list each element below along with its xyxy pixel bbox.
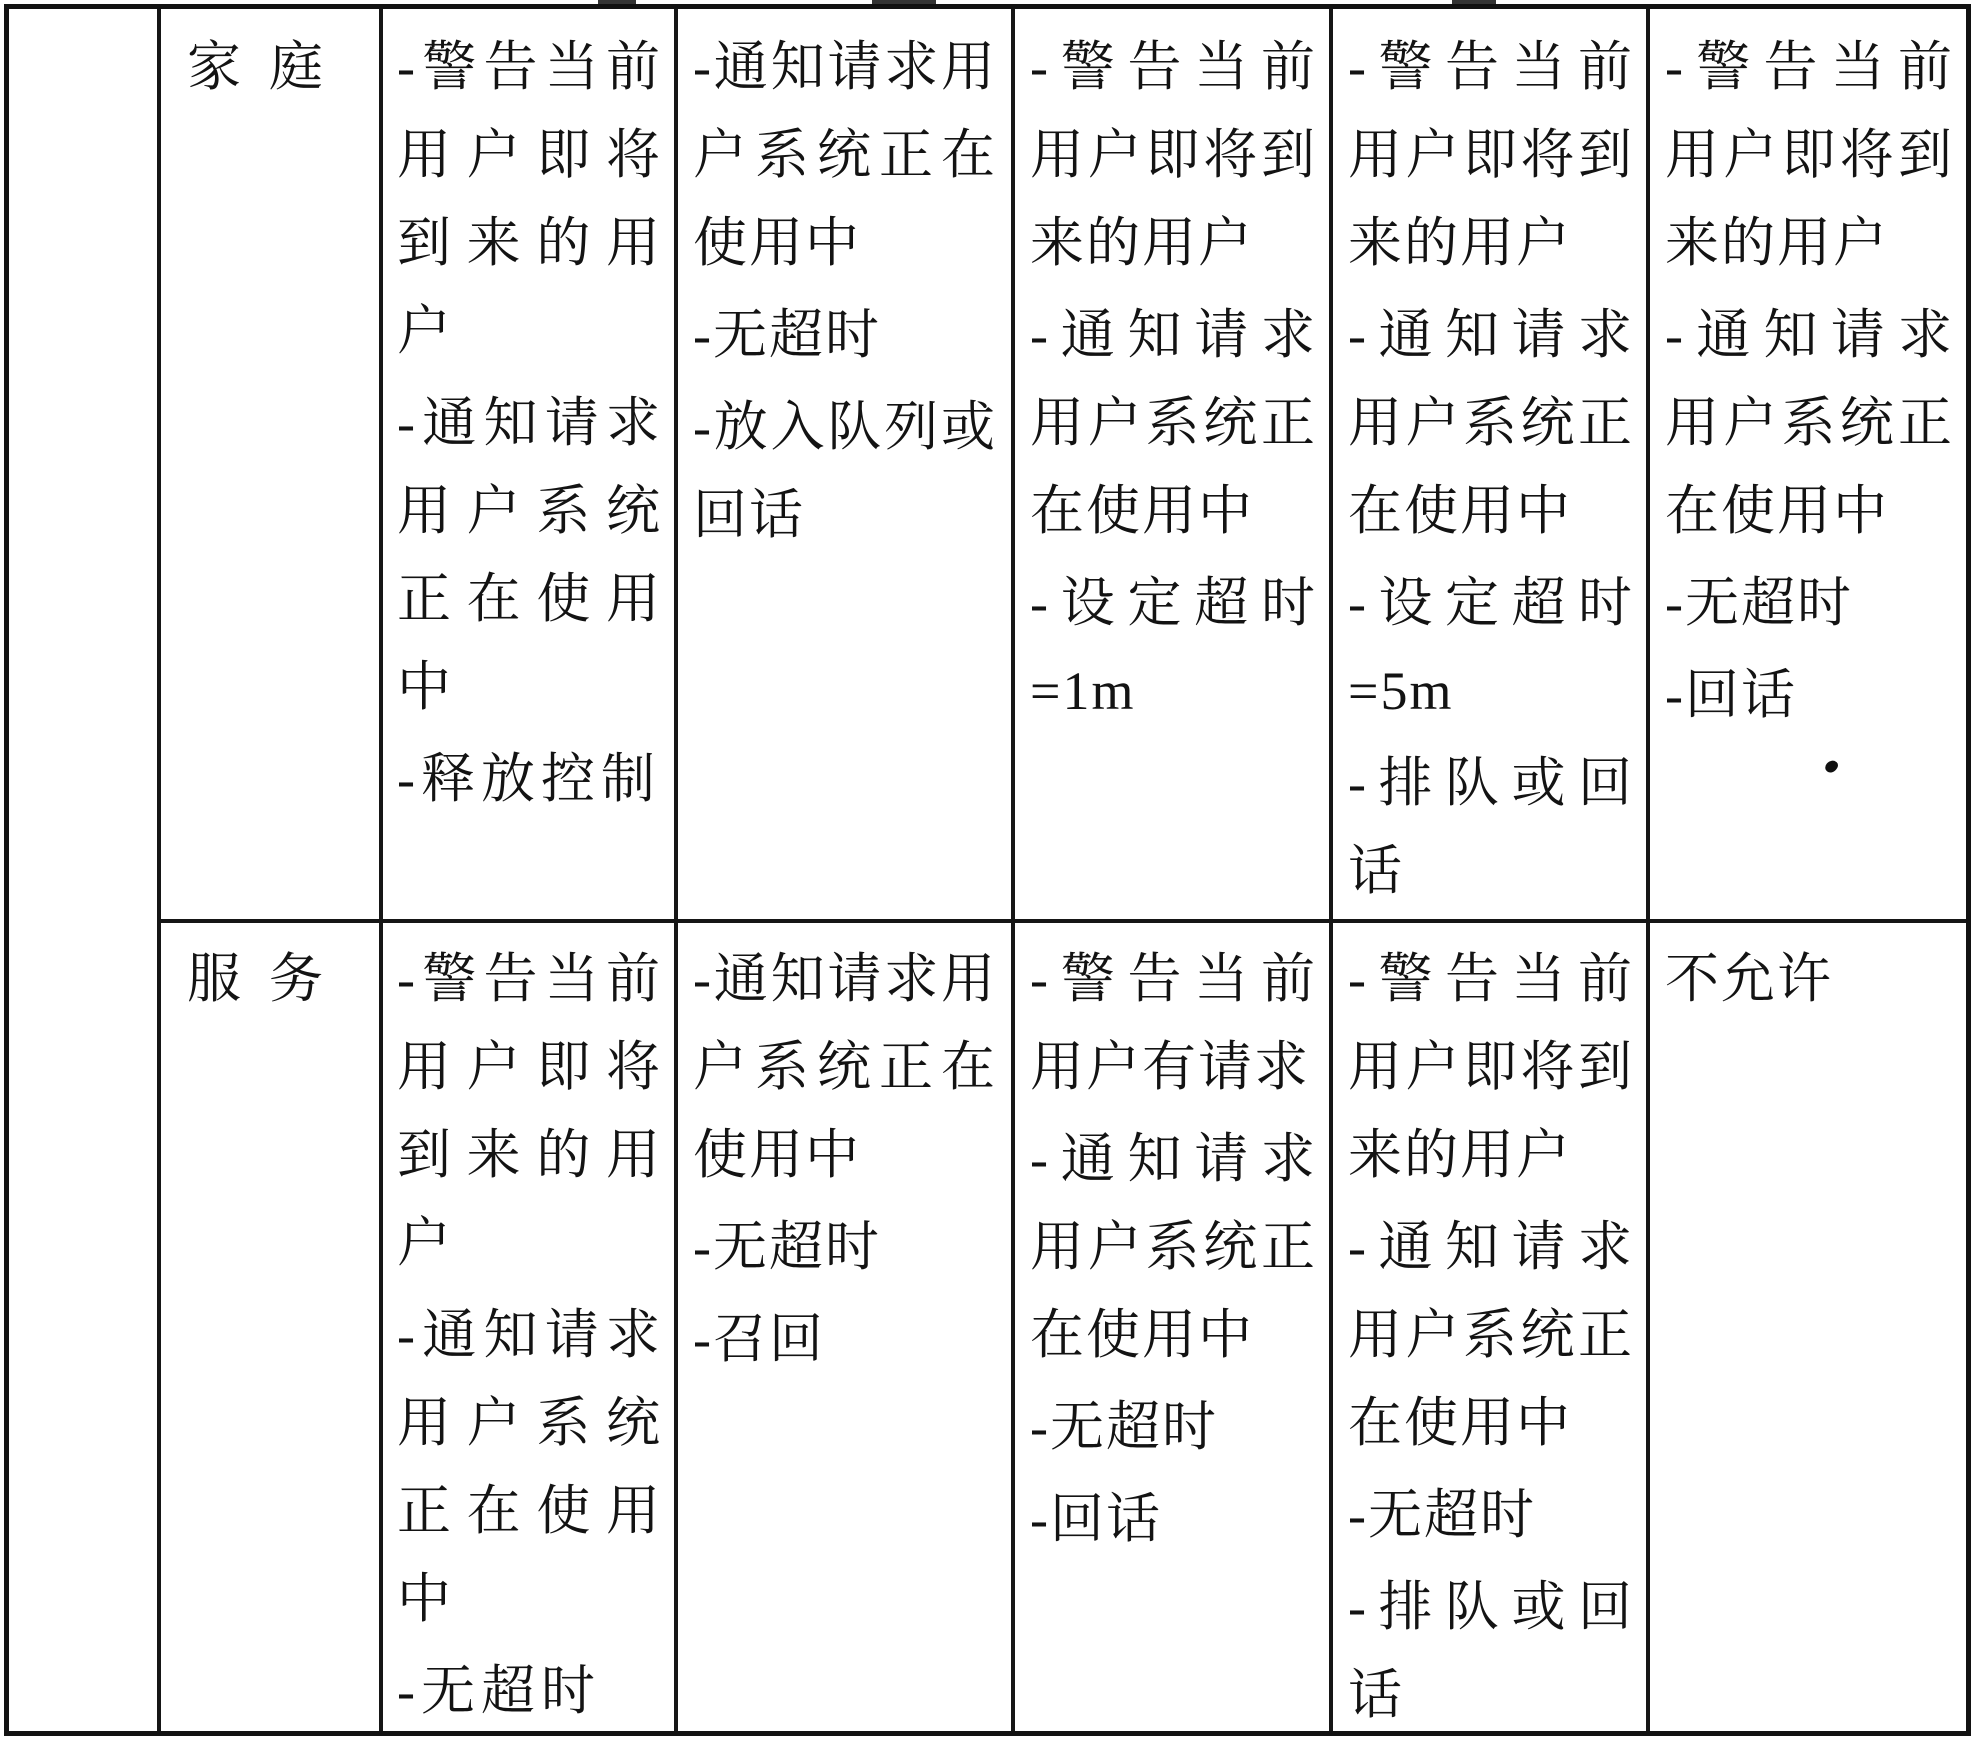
bullet-item: -回话: [1030, 1475, 1317, 1563]
bullet-item: -设定超时=5m: [1348, 559, 1634, 735]
table-cell-home-col3: -警告当前用户即将到来的用户-通知请求用户系统正在使用中-设定超时=1m: [1011, 9, 1329, 919]
bullet-item: -警告当前用户有请求: [1030, 935, 1317, 1111]
bullet-item: -通知请求用户系统正在使用中: [1348, 291, 1634, 555]
table-cell-service-col4: -警告当前用户即将到来的用户-通知请求用户系统正在使用中-无超时-排队或回话: [1329, 919, 1646, 1731]
scan-smudge-artifact: [598, 0, 636, 7]
bullet-item: -排队或回话: [1348, 1563, 1634, 1731]
bullet-item: -通知请求用户系统正在使用中: [397, 1291, 666, 1643]
bullet-item: -警告当前用户即将到来的用户: [1348, 935, 1634, 1199]
row-label-text: 服务: [187, 935, 373, 1023]
bullet-item: -回话: [1665, 651, 1954, 739]
bullet-item: -无超时: [693, 291, 997, 379]
bullet-item: -警告当前用户即将到来的用户: [1348, 23, 1634, 287]
bullet-item: -通知请求用户系统正在使用中: [1348, 1203, 1634, 1467]
bullet-item: -无超时: [1348, 1471, 1634, 1559]
table-cell-home-col5: -警告当前用户即将到来的用户-通知请求用户系统正在使用中-无超时-回话: [1646, 9, 1966, 919]
row-label-service: 服务: [157, 919, 379, 1731]
bullet-item: -警告当前用户即将到来的用户: [397, 935, 666, 1287]
bullet-item: -释放控制: [397, 735, 666, 823]
table-cell-home-col1: -警告当前用户即将到来的用户-通知请求用户系统正在使用中-释放控制: [379, 9, 674, 919]
bullet-item: -通知请求用户系统正在使用中: [1665, 291, 1954, 555]
bullet-item: -无超时: [1665, 559, 1954, 647]
bullet-item: -通知请求用户系统正在使用中: [397, 379, 666, 731]
row-label-home: 家庭: [157, 9, 379, 919]
table-cell-service-col3: -警告当前用户有请求-通知请求用户系统正在使用中-无超时-回话: [1011, 919, 1329, 1731]
bullet-item: -无超时: [693, 1203, 997, 1291]
bullet-item: -通知请求用户系统正在使用中: [693, 23, 997, 287]
bullet-item: -通知请求用户系统正在使用中: [1030, 291, 1317, 555]
table-cell-home-col2: -通知请求用户系统正在使用中-无超时-放入队列或回话: [674, 9, 1011, 919]
bullet-item: -警告当前用户即将到来的用户: [397, 23, 666, 375]
table-cell-service-col1: -警告当前用户即将到来的用户-通知请求用户系统正在使用中-无超时: [379, 919, 674, 1731]
bullet-item: -排队或回话: [1348, 739, 1634, 915]
scanned-document-page: 家庭 -警告当前用户即将到来的用户-通知请求用户系统正在使用中-释放控制 -通知…: [0, 0, 1971, 1746]
scan-smudge-artifact: [1452, 0, 1496, 6]
behavior-rules-table: 家庭 -警告当前用户即将到来的用户-通知请求用户系统正在使用中-释放控制 -通知…: [4, 4, 1971, 1736]
bullet-item: -通知请求用户系统正在使用中: [693, 935, 997, 1199]
bullet-item: -放入队列或回话: [693, 383, 997, 559]
table-cell-empty-category: [9, 9, 157, 1731]
bullet-item: -召回: [693, 1295, 997, 1383]
table-cell-home-col4: -警告当前用户即将到来的用户-通知请求用户系统正在使用中-设定超时=5m-排队或…: [1329, 9, 1646, 919]
table-cell-service-col5: 不允许: [1646, 919, 1966, 1731]
bullet-item: -警告当前用户即将到来的用户: [1665, 23, 1954, 287]
bullet-item: -警告当前用户即将到来的用户: [1030, 23, 1317, 287]
row-label-text: 家庭: [187, 23, 373, 111]
bullet-item: -设定超时=1m: [1030, 559, 1317, 735]
bullet-item: -通知请求用户系统正在使用中: [1030, 1115, 1317, 1379]
bullet-item: -无超时: [397, 1647, 666, 1731]
bullet-item: -无超时: [1030, 1383, 1317, 1471]
table-cell-service-col2: -通知请求用户系统正在使用中-无超时-召回: [674, 919, 1011, 1731]
bullet-item: 不允许: [1665, 935, 1954, 1023]
scan-smudge-artifact: [872, 0, 936, 6]
